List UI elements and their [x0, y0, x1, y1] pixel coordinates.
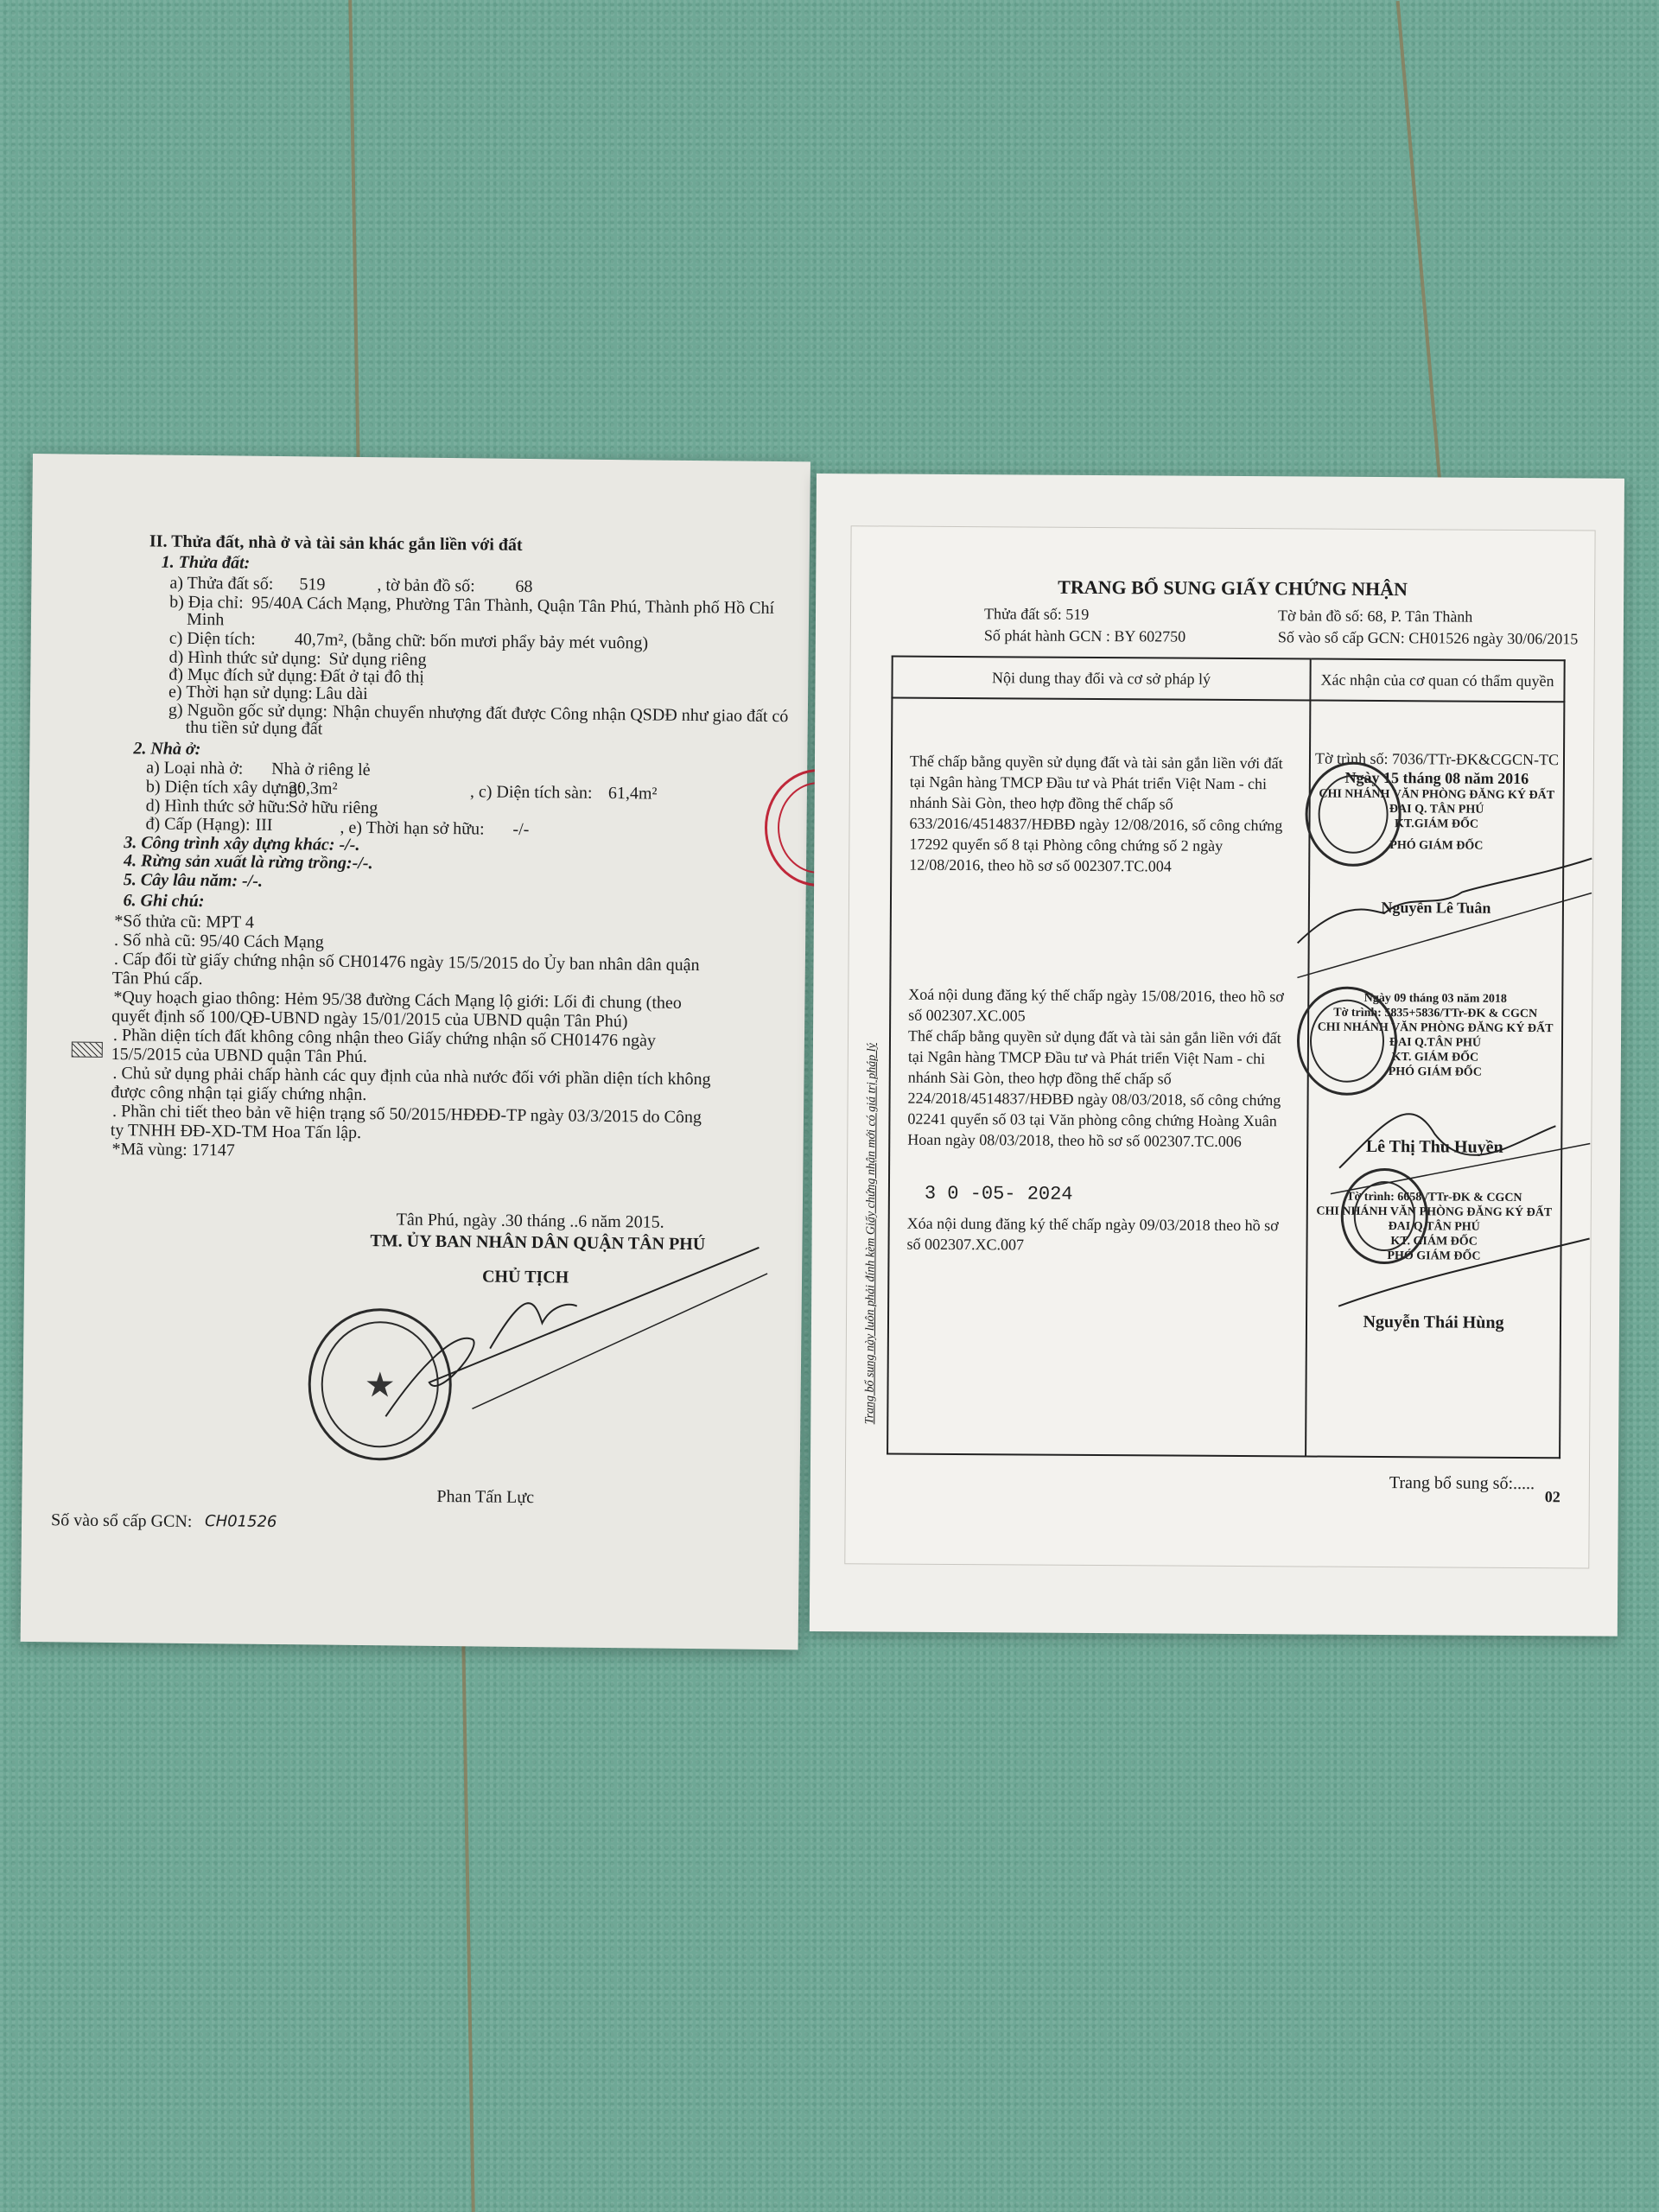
origin-cont: thu tiền sử dụng đất: [186, 717, 323, 740]
signer-name: Phan Tấn Lực: [436, 1486, 534, 1508]
notes-list: [33, 454, 810, 461]
registry-label: Số vào sổ cấp GCN:: [51, 1510, 193, 1532]
col-content-header: Nội dung thay đổi và cơ sở pháp lý: [892, 657, 1310, 701]
address: 95/40A Cách Mạng, Phường Tân Thành, Quận…: [251, 593, 774, 619]
side-legal-note: Trang bổ sung này luôn phải đính kèm Giấ…: [862, 1043, 880, 1424]
note-line: *Mã vùng: 17147: [111, 1139, 234, 1160]
supplement-cert-issue: Số phát hành GCN : BY 602750: [984, 626, 1185, 645]
amendment-3-stamp-date: 3 0 -05- 2024: [925, 1183, 1073, 1205]
supplement-title: TRANG BỔ SUNG GIẤY CHỨNG NHẬN: [1058, 577, 1408, 600]
floor-area: 61,4m²: [608, 783, 658, 804]
notes-heading: 6. Ghi chú:: [123, 890, 204, 912]
chairman-signature: [351, 1235, 785, 1446]
floor-grout-v1: [348, 0, 359, 467]
supplement-page: TRANG BỔ SUNG GIẤY CHỨNG NHẬN Thửa đất s…: [810, 474, 1624, 1637]
build-area: 30,3m²: [289, 778, 338, 799]
hatched-area-legend-icon: [72, 1042, 103, 1058]
ownership: Sở hữu riêng: [289, 797, 378, 818]
sign-date-line: Tân Phú, ngày .30 tháng ..6 năm 2015.: [397, 1209, 664, 1232]
certificate-left-page: II. Thửa đất, nhà ở và tài sản khác gắn …: [21, 454, 810, 1649]
supplement-cert-registry: Số vào sổ cấp GCN: CH01526 ngày 30/06/20…: [1278, 627, 1579, 648]
own-term: -/-: [512, 819, 529, 840]
supplement-map-sheet: Tờ bản đồ số: 68, P. Tân Thành: [1278, 606, 1472, 626]
confirm-3-signer: Nguyễn Thái Hùng: [1307, 1314, 1560, 1331]
official-signatures: [1122, 760, 1610, 1316]
house-heading: 2. Nhà ở:: [133, 738, 200, 760]
address-cont: Minh: [187, 609, 225, 630]
registry-value: CH01526: [205, 1511, 277, 1533]
parcel-no: 519: [299, 574, 325, 594]
own-term-label: , e) Thời hạn sở hữu:: [340, 817, 484, 840]
perennial: 5. Cây lâu năm: -/-.: [124, 869, 263, 892]
col-confirm-header: Xác nhận của cơ quan có thẩm quyền: [1310, 658, 1564, 702]
land-heading: 1. Thửa đất:: [162, 552, 251, 574]
supplement-parcel: Thửa đất số: 519: [984, 604, 1089, 624]
floor-area-label: , c) Diện tích sàn:: [470, 781, 593, 803]
supplement-page-number: 02: [1545, 1487, 1560, 1506]
supplement-page-label: Trang bổ sung số:.....: [1389, 1472, 1535, 1494]
grade: III: [255, 815, 272, 836]
floor-grout-v3: [461, 1642, 475, 2212]
floor-grout-v2: [1396, 1, 1442, 483]
origin: Nhận chuyển nhượng đất được Công nhận QS…: [333, 702, 789, 728]
map-no: 68: [515, 576, 532, 597]
